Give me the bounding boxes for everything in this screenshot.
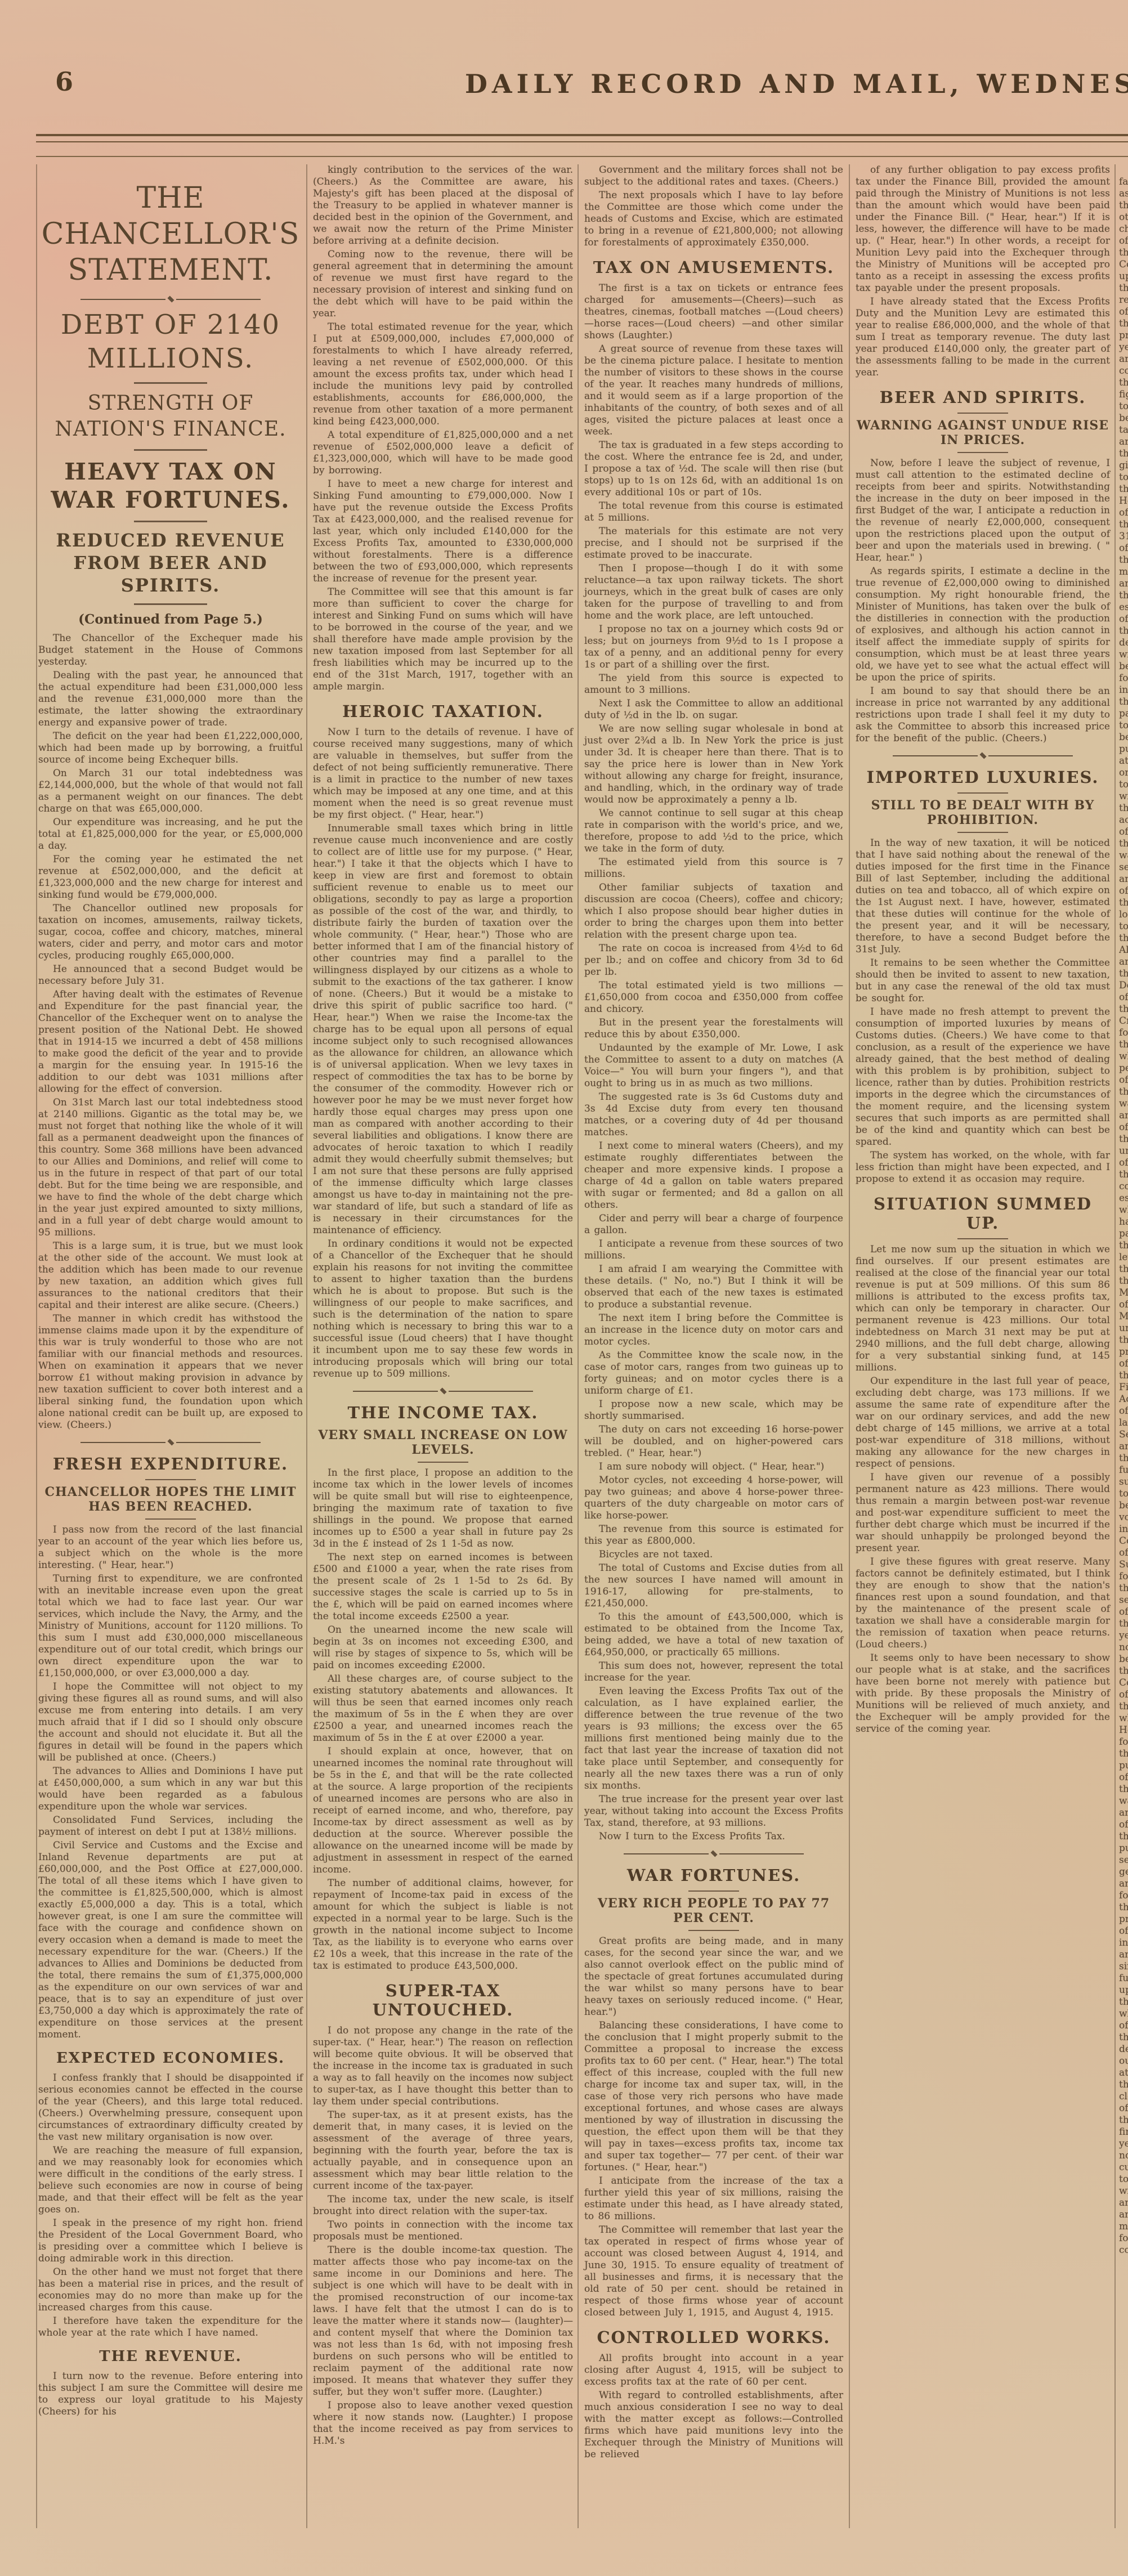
heading-war-fortunes: WAR FORTUNES. [584, 1866, 843, 1885]
headline-chancellors-statement: THE CHANCELLOR'S STATEMENT. [38, 180, 303, 288]
paragraph: The next proposals which I have to lay b… [584, 190, 843, 249]
paragraph: of any further obligation to pay excess … [856, 164, 1110, 294]
paragraph: On the unearned income the new scale wil… [313, 1624, 573, 1672]
paragraph: kingly contribution to the services of t… [313, 164, 573, 247]
separator-rule [134, 449, 207, 451]
column-rule-1 [306, 164, 307, 2528]
paragraph: I am afraid I am wearying the Committee … [584, 1264, 843, 1311]
column-rule-2 [578, 164, 579, 2528]
separator-rule [418, 1462, 468, 1463]
paragraph: I therefore have taken the expenditure f… [38, 2315, 303, 2339]
column-rule-3 [849, 164, 850, 2528]
paragraph: The total estimated revenue for the year… [313, 321, 573, 428]
paragraph: The estimated yield from this source is … [584, 857, 843, 880]
separator-rule [134, 382, 207, 384]
column-3: Government and the military forces shall… [584, 164, 843, 2462]
paragraph: I turn now to the revenue. Before enteri… [38, 2371, 303, 2418]
paragraph: The true increase for the present year o… [584, 1794, 843, 1829]
paragraph: Undaunted by the example of Mr. Lowe, I … [584, 1042, 843, 1090]
paragraph: The yield from this source is expected t… [584, 673, 843, 696]
paragraph: Next I ask the Committee to allow an add… [584, 698, 843, 722]
paragraph: The Chancellor outlined new proposals fo… [38, 903, 303, 962]
paragraph: The Chancellor of the Exchequer made his… [38, 633, 303, 668]
paragraph: I have to meet a new charge for interest… [313, 478, 573, 585]
paragraph: In the first place, I propose an additio… [313, 1467, 573, 1550]
headline-debt: DEBT OF 2140 MILLIONS. [38, 308, 303, 375]
paragraph: I do not propose any change in the rate … [313, 2025, 573, 2108]
separator-rule [145, 1479, 196, 1480]
paragraph: This is a large sum, it is true, but we … [38, 1240, 303, 1311]
subhead-prohibition: STILL TO BE DEALT WITH BY PROHIBITION. [856, 798, 1110, 827]
paragraph: The materials for this estimate are not … [584, 526, 843, 561]
paragraph: The number of additional claims, however… [313, 1878, 573, 1972]
column-rule-left [36, 164, 37, 2528]
paragraph: Consolidated Fund Services, including th… [38, 1815, 303, 1838]
heading-the-revenue: THE REVENUE. [38, 2348, 303, 2365]
paragraph: We are now selling sugar wholesale in bo… [584, 723, 843, 806]
paragraph: I have given our revenue of a possibly p… [856, 1472, 1110, 1554]
paragraph: I propose also to leave another vexed qu… [313, 2400, 573, 2447]
subhead-warning-prices: WARNING AGAINST UNDUE RISE IN PRICES. [856, 418, 1110, 447]
header-double-rule [36, 134, 1128, 142]
heading-income-tax: THE INCOME TAX. [313, 1403, 573, 1422]
paragraph: On the other hand we must not forget tha… [38, 2266, 303, 2314]
paragraph: A total expenditure of £1,825,000,000 an… [313, 429, 573, 477]
paragraph: I propose no tax on a journey which cost… [584, 624, 843, 671]
heading-heroic-taxation: HEROIC TAXATION. [313, 702, 573, 721]
paragraph: I anticipate a revenue from these source… [584, 1238, 843, 1262]
diamond-rule [80, 1439, 261, 1445]
paragraph: On 31st March last our total indebtednes… [38, 1097, 303, 1239]
separator-rule [688, 1930, 739, 1931]
diamond-rule [80, 296, 261, 302]
paragraph: The manner in which credit has withstood… [38, 1313, 303, 1431]
paragraph: The Committee will see that this amount … [313, 586, 573, 693]
separator-rule [145, 1518, 196, 1520]
heading-fresh-expenditure: FRESH EXPENDITURE. [38, 1454, 303, 1473]
separator-rule [688, 1890, 739, 1892]
paragraph: I confess frankly that I should be disap… [38, 2072, 303, 2143]
paragraph: It remains to be seen whether the Commit… [856, 957, 1110, 1005]
paragraph: The next item I bring before the Committ… [584, 1312, 843, 1348]
continued-note: (Continued from Page 5.) [38, 612, 303, 627]
heading-tax-on-amusements: TAX ON AMUSEMENTS. [584, 258, 843, 277]
paragraph: Government and the military forces shall… [584, 164, 843, 188]
paragraph: I pass now from the record of the last f… [38, 1524, 303, 1571]
paragraph: Then I propose—though I do it with some … [584, 563, 843, 622]
paragraph: Turning first to expenditure, we are con… [38, 1573, 303, 1679]
diamond-rule [893, 752, 1073, 759]
masthead-title: DAILY RECORD AND MAIL, WEDNESDAY [465, 69, 1128, 99]
paragraph: Now, before I leave the subject of reven… [856, 458, 1110, 564]
headline-strength: STRENGTH OF NATION'S FINANCE. [38, 391, 303, 442]
paragraph: On March 31 our total indebtedness was £… [38, 768, 303, 815]
paragraph: In the way of new taxation, it will be n… [856, 837, 1110, 956]
paragraph: I have made no fresh attempt to prevent … [856, 1006, 1110, 1148]
separator-rule [134, 603, 207, 605]
paragraph: The system has worked, on the whole, wit… [856, 1150, 1110, 1185]
paragraph: The suggested rate is 3s 6d Customs duty… [584, 1091, 843, 1139]
paragraph: The total estimated yield is two million… [584, 980, 843, 1015]
paragraph: As the Committee know the scale now, in … [584, 1350, 843, 1397]
heading-imported-luxuries: IMPORTED LUXURIES. [856, 768, 1110, 787]
paragraph: The total of Customs and Excise duties f… [584, 1562, 843, 1610]
paragraph: Dealing with the past year, he announced… [38, 670, 303, 729]
paragraph: Now I turn to the Excess Profits Tax. [584, 1831, 843, 1843]
paragraph: He announced that a second Budget would … [38, 964, 303, 987]
paragraph: Great profits are being made, and in man… [584, 1936, 843, 2018]
paragraph: In ordinary conditions it would not be e… [313, 1238, 573, 1380]
paragraph: The rate on cocoa is increased from 4½d … [584, 943, 843, 978]
paragraph: With regard to controlled establishments… [584, 2390, 843, 2461]
paragraph: Balancing these considerations, I have c… [584, 2020, 843, 2174]
separator-rule [957, 1238, 1008, 1239]
clipped-edge-text: So far as the other charges of the Commi… [1119, 164, 1128, 2256]
paragraph: I am bound to say that should there be a… [856, 686, 1110, 745]
paragraph: Our expenditure in the last full year of… [856, 1376, 1110, 1470]
paragraph: The first is a tax on tickets or entranc… [584, 283, 843, 342]
paragraph: For the coming year he estimated the net… [38, 854, 303, 901]
subhead-limit-reached: CHANCELLOR HOPES THE LIMIT HAS BEEN REAC… [38, 1485, 303, 1514]
separator-rule [957, 832, 1008, 833]
page-number: 6 [55, 66, 73, 97]
paragraph: The revenue from this source is estimate… [584, 1524, 843, 1547]
paragraph: The advances to Allies and Dominions I h… [38, 1766, 303, 1813]
paragraph: To this the amount of £43,500,000, which… [584, 1611, 843, 1659]
separator-rule [957, 452, 1008, 453]
paragraph: There is the double income-tax question.… [313, 2245, 573, 2398]
headline-heavy-tax: HEAVY TAX ON WAR FORTUNES. [38, 458, 303, 514]
paragraph: I am sure nobody will object. (" Hear, h… [584, 1461, 843, 1473]
paragraph: The Committee will remember that last ye… [584, 2224, 843, 2319]
paragraph: A great source of revenue from these tax… [584, 343, 843, 438]
paragraph: Our expenditure was increasing, and he p… [38, 817, 303, 852]
heading-beer-and-spirits: BEER AND SPIRITS. [856, 388, 1110, 407]
diamond-rule [624, 1851, 804, 1857]
header-thin-rule [36, 156, 1128, 157]
separator-rule [957, 792, 1008, 794]
paragraph: Cider and perry will bear a charge of fo… [584, 1213, 843, 1237]
paragraph: Bicycles are not taxed. [584, 1549, 843, 1561]
paragraph: I speak in the presence of my right hon.… [38, 2217, 303, 2265]
paragraph: I should explain at once, however, that … [313, 1746, 573, 1876]
heading-super-tax: SUPER-TAX UNTOUCHED. [313, 1981, 573, 2019]
subhead-small-increase: VERY SMALL INCREASE ON LOW LEVELS. [313, 1428, 573, 1457]
column-1: THE CHANCELLOR'S STATEMENT.DEBT OF 2140 … [38, 164, 303, 2420]
paragraph: Now I turn to the details of revenue. I … [313, 727, 573, 821]
paragraph: This sum does not, however, represent th… [584, 1660, 843, 1684]
paragraph: The super-tax, as it at present exists, … [313, 2109, 573, 2192]
separator-rule [134, 521, 207, 522]
heading-controlled-works: CONTROLLED WORKS. [584, 2328, 843, 2347]
paragraph: Innumerable small taxes which bring in l… [313, 823, 573, 1237]
paragraph: But in the present year the forestalment… [584, 1017, 843, 1041]
paragraph: The tax is graduated in a few steps acco… [584, 440, 843, 499]
newspaper-page: 6 DAILY RECORD AND MAIL, WEDNESDAY THE C… [0, 0, 1128, 2576]
paragraph: I propose now a new scale, which may be … [584, 1399, 843, 1422]
paragraph: We are reaching the measure of full expa… [38, 2145, 303, 2216]
column-2: kingly contribution to the services of t… [313, 164, 573, 2449]
paragraph: All these charges are, of course subject… [313, 1673, 573, 1744]
paragraph: I give these figures with great reserve.… [856, 1556, 1110, 1651]
paragraph: We cannot continue to sell sugar at this… [584, 808, 843, 855]
paragraph: I next come to mineral waters (Cheers), … [584, 1140, 843, 1211]
paragraph: Coming now to the revenue, there will be… [313, 249, 573, 320]
paragraph: After having dealt with the estimates of… [38, 989, 303, 1095]
paragraph: As regards spirits, I estimate a decline… [856, 566, 1110, 684]
paragraph: I hope the Committee will not object to … [38, 1681, 303, 1764]
paragraph: The duty on cars not exceeding 16 horse-… [584, 1424, 843, 1459]
paragraph: Other familiar subjects of taxation and … [584, 882, 843, 941]
diamond-rule [353, 1388, 533, 1394]
clipped-edge-column: So far as the other charges of the Commi… [1119, 164, 1128, 2528]
paragraph: The income tax, under the new scale, is … [313, 2194, 573, 2217]
paragraph: Motor cycles, not exceeding 4 horse-powe… [584, 1475, 843, 1522]
paragraph: I have already stated that the Excess Pr… [856, 296, 1110, 379]
paragraph: Two points in connection with the income… [313, 2219, 573, 2243]
paragraph: All profits brought into account in a ye… [584, 2353, 843, 2388]
separator-rule [957, 413, 1008, 414]
column-rule-4 [1114, 164, 1116, 2528]
heading-expected-economies: EXPECTED ECONOMIES. [38, 2050, 303, 2067]
subhead-77-per-cent: VERY RICH PEOPLE TO PAY 77 PER CENT. [584, 1896, 843, 1925]
paragraph: Even leaving the Excess Profits Tax out … [584, 1686, 843, 1792]
column-4: of any further obligation to pay excess … [856, 164, 1110, 1737]
paragraph: The next step on earned incomes is betwe… [313, 1552, 573, 1623]
paragraph: Let me now sum up the situation in which… [856, 1244, 1110, 1374]
heading-situation-summed-up: SITUATION SUMMED UP. [856, 1194, 1110, 1233]
paragraph: I anticipate from the increase of the ta… [584, 2175, 843, 2223]
headline-reduced-revenue: REDUCED REVENUE FROM BEER AND SPIRITS. [38, 529, 303, 597]
paragraph: Civil Service and Customs and the Excise… [38, 1840, 303, 2041]
paragraph: It seems only to have been necessary to … [856, 1652, 1110, 1735]
paragraph: The deficit on the year had been £1,222,… [38, 731, 303, 766]
paragraph: The total revenue from this course is es… [584, 500, 843, 524]
